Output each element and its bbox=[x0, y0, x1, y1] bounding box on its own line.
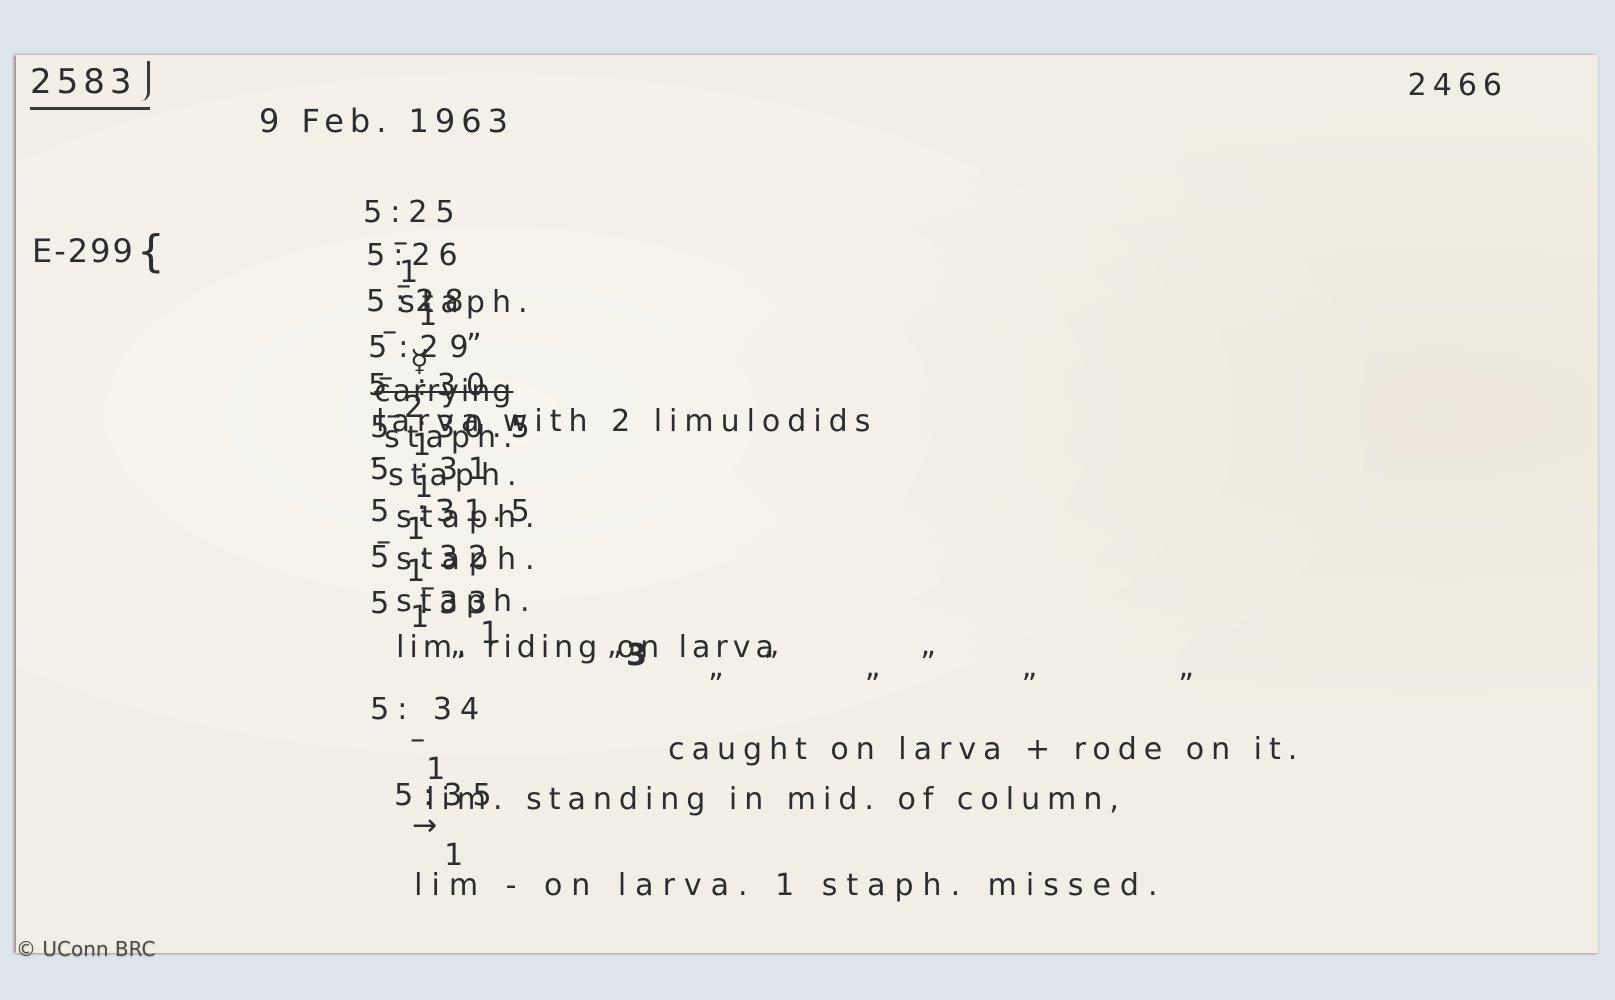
arrow-icon: → bbox=[412, 808, 437, 843]
entry-row: 5:35 → 1 lim - on larva. 1 staph. missed… bbox=[332, 751, 1167, 931]
copyright-watermark: © UConn BRC bbox=[16, 937, 156, 961]
catalog-number: 2583 bbox=[30, 65, 150, 110]
specimen-code-text: E-299 bbox=[32, 232, 135, 270]
entry-note: lim - on larva. 1 staph. missed. bbox=[414, 868, 1166, 903]
page-number: 2466 bbox=[1408, 71, 1508, 101]
catalog-number-text: 2583 bbox=[30, 62, 137, 102]
entry-time: 5: 34 bbox=[370, 692, 487, 727]
bracket-mark bbox=[141, 61, 150, 101]
note-card: 2583 2466 9 Feb. 1963 E-299{ 5:25 – 1 st… bbox=[16, 55, 1598, 953]
date: 9 Feb. 1963 bbox=[259, 105, 514, 137]
specimen-code: E-299{ bbox=[32, 230, 167, 274]
entry-time: 5 :33 bbox=[370, 586, 497, 621]
brace-mark: { bbox=[137, 226, 167, 277]
entry-time: 5:35 bbox=[394, 778, 501, 813]
